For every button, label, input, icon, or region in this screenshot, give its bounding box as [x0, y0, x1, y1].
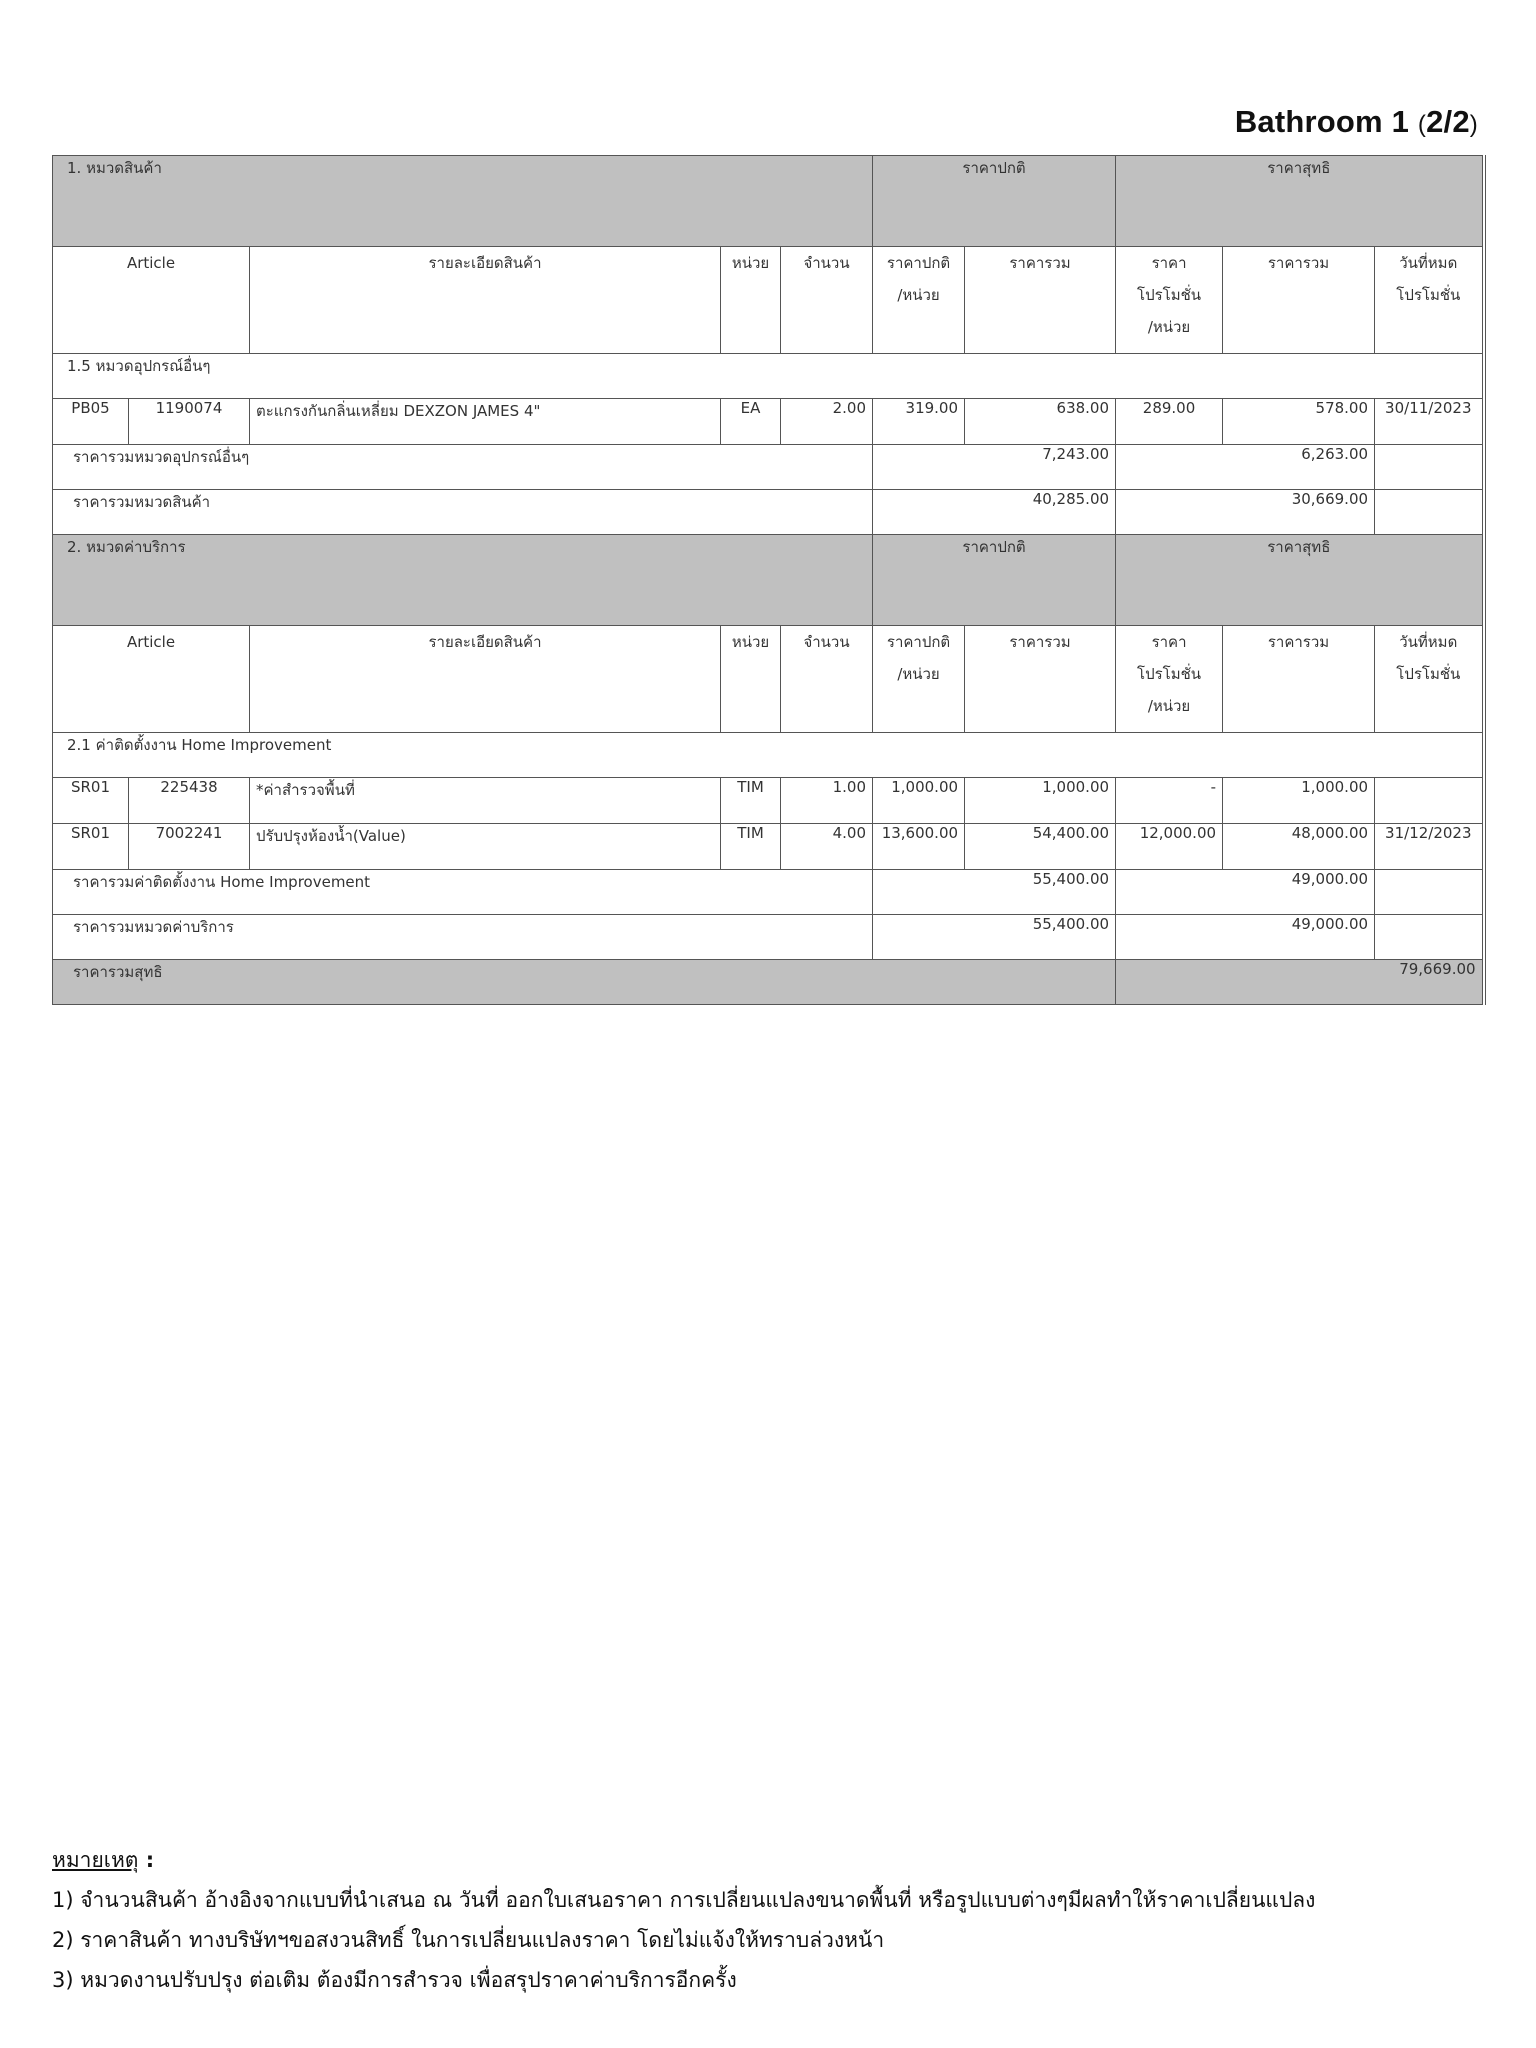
col-promo-end-date: วันที่หมดโปรโมชั่น: [1375, 626, 1484, 733]
category-total-row: ราคารวมหมวดสินค้า 40,285.00 30,669.00: [53, 490, 1484, 535]
table-row: PB05 1190074 ตะแกรงกันกลิ่นเหลี่ยม DEXZO…: [53, 399, 1484, 445]
col-net-total: ราคารวม: [1223, 247, 1375, 354]
page-title: Bathroom 1 (2/2): [1235, 104, 1478, 140]
col-quantity: จำนวน: [781, 626, 873, 733]
col-quantity: จำนวน: [781, 247, 873, 354]
col-regular-unit-price: ราคาปกติ/หน่วย: [873, 626, 965, 733]
note-line-3: 3) หมวดงานปรับปรุง ต่อเติม ต้องมีการสำรว…: [52, 1960, 1315, 2000]
note-line-1: 1) จำนวนสินค้า อ้างอิงจากแบบที่นำเสนอ ณ …: [52, 1880, 1315, 1920]
subtotal-row: ราคารวมค่าติดตั้งงาน Home Improvement 55…: [53, 870, 1484, 915]
quotation-table: 1. หมวดสินค้า ราคาปกติ ราคาสุทธิ Article…: [52, 155, 1486, 1005]
section-header: 1. หมวดสินค้า ราคาปกติ ราคาสุทธิ: [53, 156, 1484, 247]
note-line-2: 2) ราคาสินค้า ทางบริษัทฯขอสงวนสิทธิ์ ในก…: [52, 1920, 1315, 1960]
notes: หมายเหตุ : 1) จำนวนสินค้า อ้างอิงจากแบบท…: [52, 1840, 1315, 2000]
subtotal-row: ราคารวมหมวดอุปกรณ์อื่นๆ 7,243.00 6,263.0…: [53, 445, 1484, 490]
subcategory-row: 2.1 ค่าติดตั้งงาน Home Improvement: [53, 733, 1484, 778]
notes-title: หมายเหตุ: [52, 1848, 138, 1872]
col-regular-unit-price: ราคาปกติ/หน่วย: [873, 247, 965, 354]
col-article: Article: [53, 247, 250, 354]
section-title: 1. หมวดสินค้า: [53, 156, 873, 247]
subcategory-row: 1.5 หมวดอุปกรณ์อื่นๆ: [53, 354, 1484, 399]
grand-total-value: 79,669.00: [1116, 960, 1484, 1005]
col-unit: หน่วย: [721, 247, 781, 354]
column-header-row: Article รายละเอียดสินค้า หน่วย จำนวน ราค…: [53, 626, 1484, 733]
grand-total-row: ราคารวมสุทธิ 79,669.00: [53, 960, 1484, 1005]
group-header-net: ราคาสุทธิ: [1116, 535, 1484, 626]
grand-total-label: ราคารวมสุทธิ: [53, 960, 1116, 1005]
table-row: SR01 225438 *ค่าสำรวจพื้นที่ TIM 1.00 1,…: [53, 778, 1484, 824]
section-header: 2. หมวดค่าบริการ ราคาปกติ ราคาสุทธิ: [53, 535, 1484, 626]
col-regular-total: ราคารวม: [965, 626, 1116, 733]
col-description: รายละเอียดสินค้า: [250, 626, 721, 733]
group-header-regular: ราคาปกติ: [873, 535, 1116, 626]
group-header-net: ราคาสุทธิ: [1116, 156, 1484, 247]
section-title: 2. หมวดค่าบริการ: [53, 535, 873, 626]
col-promo-end-date: วันที่หมดโปรโมชั่น: [1375, 247, 1484, 354]
category-total-row: ราคารวมหมวดค่าบริการ 55,400.00 49,000.00: [53, 915, 1484, 960]
col-regular-total: ราคารวม: [965, 247, 1116, 354]
col-promo-unit-price: ราคาโปรโมชั่น/หน่วย: [1116, 247, 1223, 354]
table-row: SR01 7002241 ปรับปรุงห้องน้ำ(Value) TIM …: [53, 824, 1484, 870]
group-header-regular: ราคาปกติ: [873, 156, 1116, 247]
col-promo-unit-price: ราคาโปรโมชั่น/หน่วย: [1116, 626, 1223, 733]
col-article: Article: [53, 626, 250, 733]
col-unit: หน่วย: [721, 626, 781, 733]
col-description: รายละเอียดสินค้า: [250, 247, 721, 354]
column-header-row: Article รายละเอียดสินค้า หน่วย จำนวน ราค…: [53, 247, 1484, 354]
col-net-total: ราคารวม: [1223, 626, 1375, 733]
